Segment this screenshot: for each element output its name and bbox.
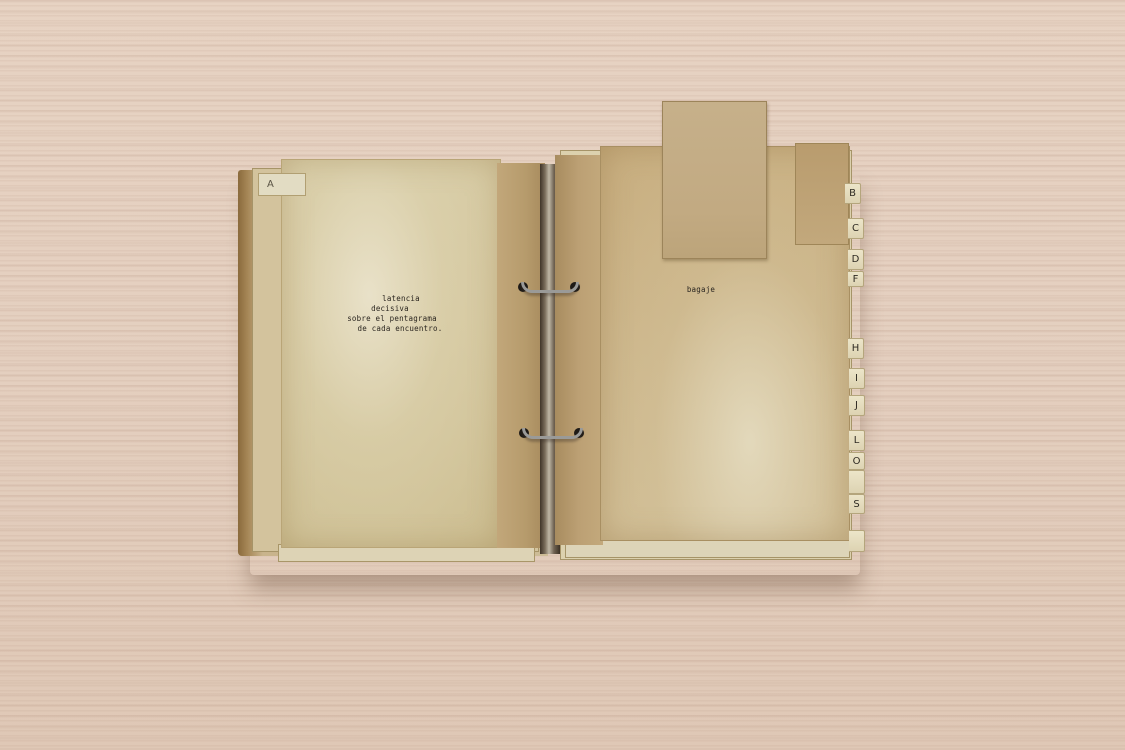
inserted-card [662, 101, 767, 259]
right-top-divider-sheet [795, 143, 849, 245]
index-tab-j[interactable]: J [849, 395, 865, 416]
right-kraft-divider [555, 155, 603, 545]
left-page: latencia decisiva sobre el pentagrama de… [281, 159, 501, 548]
lower-binder-ring [522, 428, 583, 439]
index-tab-l[interactable]: L [849, 430, 865, 451]
index-tab-f[interactable]: F [848, 271, 864, 287]
poem-line: sobre el pentagrama [322, 314, 462, 324]
poem-line: latencia [322, 294, 462, 304]
index-tab-b[interactable]: B [845, 183, 861, 204]
right-page-word: bagaje [671, 285, 731, 295]
upper-binder-ring [521, 282, 579, 293]
left-page-poem: latencia decisiva sobre el pentagrama de… [322, 294, 462, 334]
index-tab-bottom[interactable] [849, 530, 865, 552]
photo-scene: latencia decisiva sobre el pentagrama de… [0, 0, 1125, 750]
index-label-a: A [258, 173, 306, 196]
index-tab-h[interactable]: H [848, 338, 864, 359]
right-bottom-page-edge [565, 538, 850, 558]
index-tab-blank[interactable] [849, 470, 865, 494]
poem-line: de cada encuentro. [322, 324, 462, 334]
index-tab-i[interactable]: I [849, 368, 865, 389]
left-kraft-divider [497, 163, 545, 548]
poem-line: decisiva [322, 304, 462, 314]
index-tab-c[interactable]: C [848, 218, 864, 239]
index-tab-d[interactable]: D [848, 249, 864, 270]
index-tab-o[interactable]: O [849, 452, 865, 470]
index-tab-s[interactable]: S [849, 494, 865, 514]
